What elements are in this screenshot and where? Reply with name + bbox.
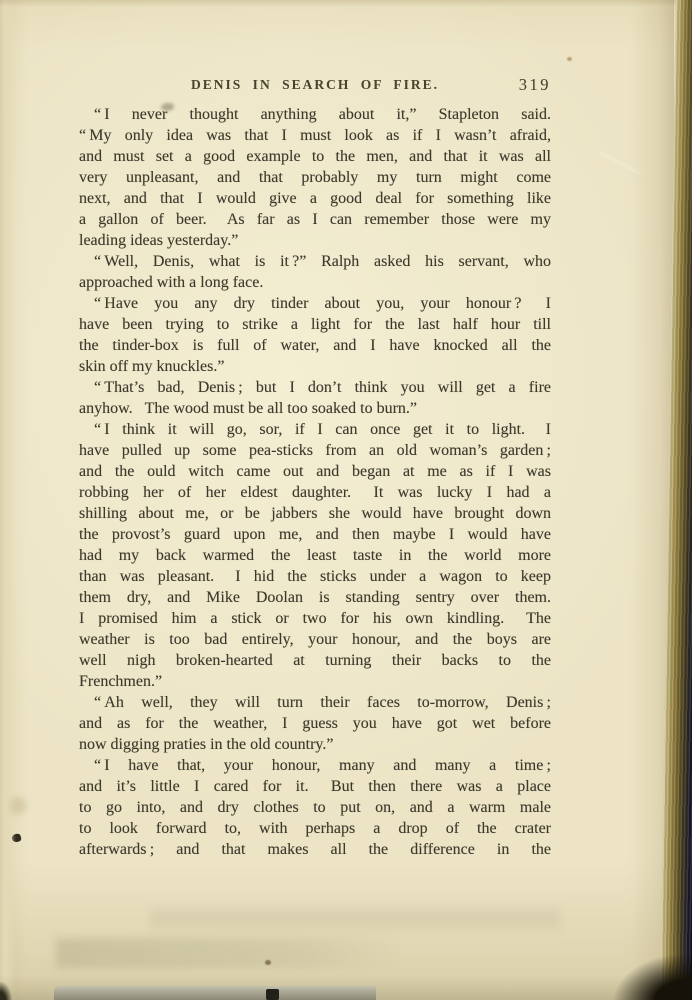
text-line: weather is too bad entirely, your honour… [79,629,551,650]
page-top-edge [0,0,692,7]
text-line: than was pleasant. I hid the sticks unde… [79,566,551,587]
text-line: had my back warmed the least taste in th… [79,545,551,566]
page-number: 319 [519,75,551,95]
text-line: skin off my knuckles.” [79,356,551,377]
text-line: I promised him a stick or two for his ow… [79,608,551,629]
paragraph: “ Ah well, they will turn their faces to… [79,692,551,755]
text-line: approached with a long face. [79,272,551,293]
bottom-left-corner-shadow [0,982,12,1000]
page-block-edge [54,986,376,1000]
text-line: “ I have that, your honour, many and man… [79,755,551,776]
text-line: and the ould witch came out and began at… [79,461,551,482]
text-line: have pulled up some pea-sticks from an o… [79,440,551,461]
book-page-scan: DENIS IN SEARCH OF FIRE. 319 “ I never t… [0,0,692,1000]
text-line: shilling about me, or be jabbers she wou… [79,503,551,524]
text-line: “ Have you any dry tinder about you, you… [79,293,551,314]
page-header: DENIS IN SEARCH OF FIRE. 319 [79,75,551,95]
text-line: very unpleasant, and that probably my tu… [79,167,551,188]
page-block-notch [266,989,279,1000]
foxing-spot [567,57,572,61]
text-line: and as for the weather, I guess you have… [79,713,551,734]
text-line: “ Ah well, they will turn their faces to… [79,692,551,713]
text-line: and must set a good example to the men, … [79,146,551,167]
text-line: “ I think it will go, sor, if I can once… [79,419,551,440]
text-line: “ I never thought anything about it,” St… [79,104,551,125]
bottom-right-corner-shadow [614,954,692,1000]
text-line: a gallon of beer. As far as I can rememb… [79,209,551,230]
text-line: and it’s little I cared for it. But then… [79,776,551,797]
text-line: robbing her of her eldest daughter. It w… [79,482,551,503]
text-line: anyhow. The wood must be all too soaked … [79,398,551,419]
scan-smear [150,903,560,933]
text-line: well nigh broken-hearted at turning thei… [79,650,551,671]
text-line: leading ideas yesterday.” [79,230,551,251]
paragraph: “ Well, Denis, what is it ?” Ralph asked… [79,251,551,293]
text-line: “ That’s bad, Denis ; but I don’t think … [79,377,551,398]
running-title: DENIS IN SEARCH OF FIRE. [79,77,551,93]
text-line: them dry, and Mike Doolan is standing se… [79,587,551,608]
text-line: the tinder-box is full of water, and I h… [79,335,551,356]
paragraph: “ I never thought anything about it,” St… [79,104,551,251]
page-gutter-shadow [0,0,16,1000]
text-line: Frenchmen.” [79,671,551,692]
text-line: have been trying to strike a light for t… [79,314,551,335]
text-line: “ My only idea was that I must look as i… [79,125,551,146]
paragraph: “ I think it will go, sor, if I can once… [79,419,551,692]
text-line: the provost’s guard upon me, and then ma… [79,524,551,545]
text-line: afterwards ; and that makes all the diff… [79,839,551,860]
text-line: now digging praties in the old country.” [79,734,551,755]
text-line: next, and that I would give a good deal … [79,188,551,209]
paragraph: “ That’s bad, Denis ; but I don’t think … [79,377,551,419]
scan-smear [56,938,396,968]
text-line: “ Well, Denis, what is it ?” Ralph asked… [79,251,551,272]
text-line: to go into, and dry clothes to put on, a… [79,797,551,818]
page-body: “ I never thought anything about it,” St… [79,104,551,860]
paragraph: “ I have that, your honour, many and man… [79,755,551,860]
text-line: to look forward to, with perhaps a drop … [79,818,551,839]
paragraph: “ Have you any dry tinder about you, you… [79,293,551,377]
